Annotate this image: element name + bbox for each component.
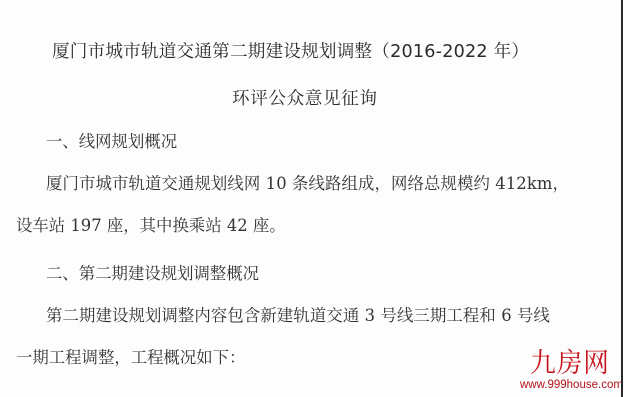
document-subtitle: 环评公众意见征询 [232,85,378,110]
document-page: 厦门市城市轨道交通第二期建设规划调整（2016-2022 年） 环评公众意见征询… [0,0,621,397]
document-title: 厦门市城市轨道交通第二期建设规划调整（2016-2022 年） [52,38,529,63]
page-right-border [621,0,623,397]
section-2-paragraph-line-1: 第二期建设规划调整内容包含新建轨道交通 3 号线三期工程和 6 号线 [46,302,550,326]
watermark-url: www.999house.com [520,378,620,392]
section-1-paragraph-line-1: 厦门市城市轨道交通规划线网 10 条线路组成，网络总规模约 412km， [46,170,569,194]
section-1-paragraph-line-2: 设车站 197 座，其中换乘站 42 座。 [16,212,286,236]
watermark: 九房网 www.999house.com [520,350,620,392]
section-2-paragraph-line-2: 一期工程调整，工程概况如下： [16,344,245,368]
watermark-logo: 九房网 [523,350,618,378]
section-heading-1: 一、线网规划概况 [46,128,177,152]
section-heading-2: 二、第二期建设规划调整概况 [46,260,259,284]
